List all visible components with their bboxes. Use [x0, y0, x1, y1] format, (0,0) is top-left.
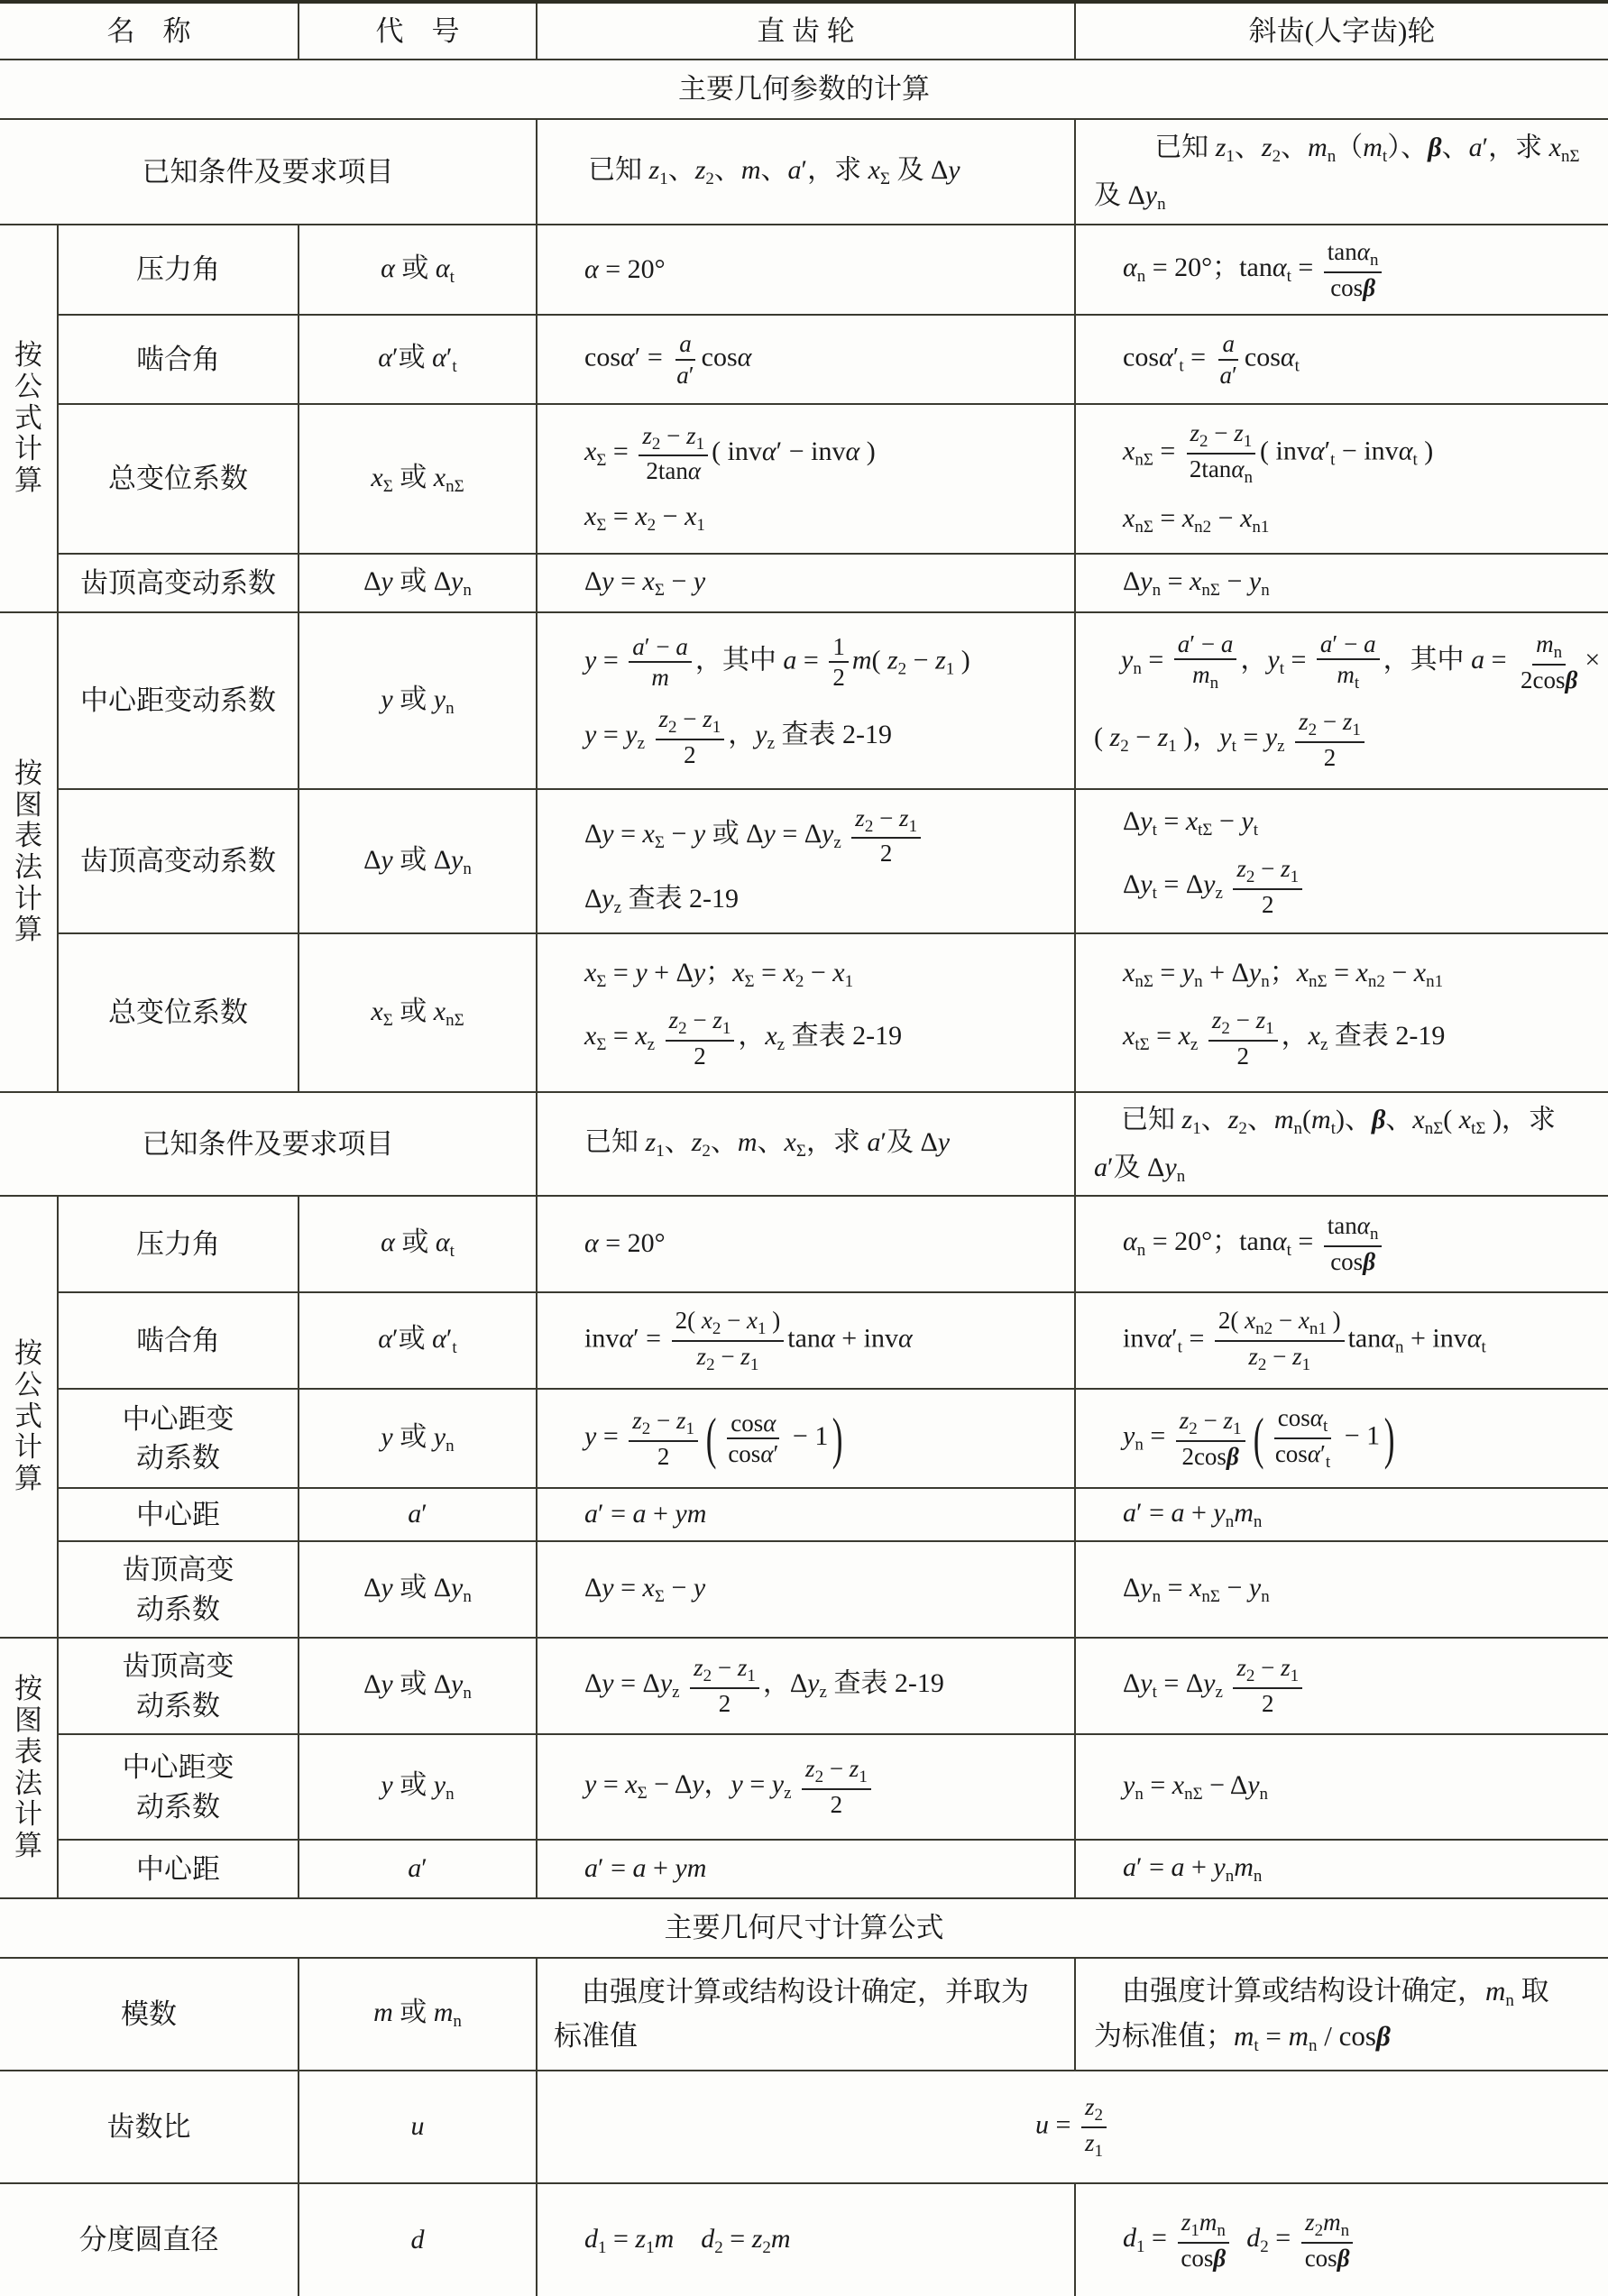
symbol: u [411, 2108, 425, 2145]
group-char: 按 [14, 758, 42, 790]
group-label-formula-1: 按 公 式 计 算 [0, 225, 59, 613]
text: 查表 2-19 [782, 720, 893, 749]
formula: Δy = xΣ − y [584, 564, 705, 602]
known-helical-formula: 已知 z1、z2、mn（mt）、β、a′，求 xnΣ及 Δyn [1094, 124, 1580, 219]
row-name-text: 啮合角 [136, 1322, 220, 1360]
symbol: y 或 yn [381, 1419, 454, 1458]
spur-formula: Δy = xΣ − y [538, 555, 1076, 613]
spur-formula: y = a′ − am，其中 a = 12m( z2 − z1 ) y = yz… [538, 613, 1076, 790]
row-name-text: 压力角 [136, 1226, 220, 1263]
header-symbol: 代 号 [299, 4, 538, 60]
module-spur-text: 由强度计算或结构设计确定，并取为标准值 [554, 1970, 1029, 2057]
row-name: 中心距变动系数 [59, 613, 299, 790]
header-spur-text: 直 齿 轮 [757, 13, 855, 51]
row-name: 模数 [0, 1959, 299, 2071]
row-name: 中心距变 动系数 [59, 1735, 299, 1841]
row-name: 压力角 [59, 1197, 299, 1293]
formula: Δyn = xnΣ − yn [1123, 1570, 1270, 1609]
row-symbol: m 或 mn [299, 1959, 538, 2071]
symbol: a′ [408, 1496, 427, 1533]
formula: xtΣ = xz z2 − z12，xz 查表 2-19 [1123, 1006, 1445, 1070]
group-label-graph-1: 按 图 表 法 计 算 [0, 613, 59, 1093]
known-helical-2: 已知 z1、z2、mn(mt)、β、xnΣ( xtΣ )，求a′及 Δyn [1076, 1093, 1608, 1197]
formula: xnΣ = xn2 − xn1 [1123, 501, 1269, 539]
group-char: 法 [14, 852, 42, 884]
row-name-text: 齿顶高变 [123, 1647, 234, 1685]
group-char: 表 [14, 821, 42, 852]
row-name-text: 中心距 [136, 1851, 220, 1888]
group-char: 法 [14, 1768, 42, 1800]
known-spur-1: 已知 z1、z2、m、a′，求 xΣ 及 Δy [538, 120, 1076, 225]
spur-formula: Δy = xΣ − y [538, 1542, 1076, 1639]
helical-formula: d1 = z1mncosβ d2 = z2mncosβ [1076, 2184, 1608, 2296]
known-helical-1: 已知 z1、z2、mn（mt）、β、a′，求 xnΣ及 Δyn [1076, 120, 1608, 225]
known-label-1: 已知条件及要求项目 [0, 120, 538, 225]
symbol: α 或 αt [381, 1225, 455, 1263]
helical-formula: a′ = a + ynmn [1076, 1841, 1608, 1899]
row-name-text: 中心距 [136, 1496, 220, 1534]
section-title-text: 主要几何尺寸计算公式 [665, 1909, 944, 1947]
symbol: xΣ 或 xnΣ [371, 994, 464, 1033]
header-name: 名 称 [0, 4, 299, 60]
row-name-text: 啮合角 [136, 341, 220, 379]
spur-text: 由强度计算或结构设计确定，并取为标准值 [538, 1959, 1076, 2071]
formula: xΣ = y + Δy；xΣ = x2 − x1 [584, 955, 853, 994]
spur-formula: xΣ = y + Δy；xΣ = x2 − x1 xΣ = xz z2 − z1… [538, 934, 1076, 1093]
spur-formula: xΣ = z2 − z12tanα( invα′ − invα ) xΣ = x… [538, 405, 1076, 555]
formula: yn = z2 − z12cosβ(cosαtcosα′t − 1) [1123, 1403, 1399, 1474]
section-title-geometry-params: 主要几何参数的计算 [0, 60, 1608, 120]
symbol: xΣ 或 xnΣ [371, 460, 464, 499]
row-name-text: 齿顶高变动系数 [80, 565, 276, 602]
helical-formula: yn = xnΣ − Δyn [1076, 1735, 1608, 1841]
row-name-text: 总变位系数 [108, 994, 248, 1032]
group-label-graph-2: 按 图 表 法 计 算 [0, 1639, 59, 1899]
formula: xΣ = z2 − z12tanα( invα′ − invα ) [584, 421, 876, 486]
row-symbol: Δy 或 Δyn [299, 790, 538, 934]
header-symbol-text: 代 号 [376, 13, 460, 51]
group-label-formula-2: 按 公 式 计 算 [0, 1197, 59, 1639]
row-name: 压力角 [59, 225, 299, 316]
known-spur-formula: 已知 z1、z2、m、xΣ，求 a′及 Δy [584, 1125, 950, 1163]
known-label-text: 已知条件及要求项目 [142, 153, 394, 191]
helical-formula: Δyt = Δyz z2 − z12 [1076, 1639, 1608, 1735]
row-name-text: 齿数比 [107, 2108, 191, 2146]
row-symbol: y 或 yn [299, 613, 538, 790]
symbol: Δy 或 Δyn [363, 1667, 472, 1705]
row-name: 中心距 [59, 1841, 299, 1899]
text: 查表 2-19 [833, 1668, 944, 1698]
formula: a′ = a + ym [584, 1496, 706, 1533]
helical-formula: a′ = a + ynmn [1076, 1489, 1608, 1542]
formula: a′ = a + ynmn [1123, 1495, 1262, 1534]
group-char: 式 [14, 403, 42, 435]
formula: y = z2 − z12(cosαcosα′ − 1) [584, 1406, 848, 1471]
row-name-text: 中心距变 [123, 1400, 234, 1438]
formula: Δyt = xtΣ − yt [1123, 804, 1258, 842]
row-name: 齿数比 [0, 2071, 299, 2184]
formula: xnΣ = yn + Δyn；xnΣ = xn2 − xn1 [1123, 955, 1443, 994]
formula: yn = xnΣ − Δyn [1123, 1768, 1268, 1806]
formula: y = a′ − am，其中 a = 12m( z2 − z1 ) [584, 632, 970, 693]
spur-formula: α = 20° [538, 225, 1076, 316]
helical-formula: xnΣ = yn + Δyn；xnΣ = xn2 − xn1 xtΣ = xz … [1076, 934, 1608, 1093]
section-title-dimension-formulas: 主要几何尺寸计算公式 [0, 1899, 1608, 1959]
symbol: y 或 yn [381, 682, 454, 721]
both-formula: u = z2z1 [538, 2071, 1608, 2184]
row-name-text: 动系数 [136, 1686, 220, 1725]
row-name-text: 动系数 [136, 1438, 220, 1477]
text: 查表 2-19 [629, 884, 740, 914]
row-symbol: y 或 yn [299, 1390, 538, 1489]
text: 其中 [1410, 645, 1465, 675]
row-name-text: 分度圆直径 [79, 2221, 219, 2259]
group-char: 图 [14, 790, 42, 822]
formula: xΣ = x2 − x1 [584, 499, 705, 537]
formula: cosα′t = aa′cosαt [1123, 329, 1300, 390]
row-name: 总变位系数 [59, 934, 299, 1093]
helical-formula: Δyn = xnΣ − yn [1076, 555, 1608, 613]
text: 由强度计算或结构设计确定，并取为 [582, 1976, 1029, 2007]
formula: a′ = a + ynmn [1123, 1850, 1262, 1888]
formula: y = xΣ − Δy，y = yz z2 − z12 [584, 1754, 875, 1819]
formula: a′ = a + ym [584, 1851, 706, 1887]
symbol: Δy 或 Δyn [363, 1570, 472, 1609]
formula: d1 = z1mncosβ d2 = z2mncosβ [1123, 2208, 1357, 2273]
row-symbol: xΣ 或 xnΣ [299, 934, 538, 1093]
text: 查表 2-19 [792, 1021, 903, 1051]
group-char: 图 [14, 1705, 42, 1737]
formula: xnΣ = z2 − z12tanαn( invα′t − invαt ) [1123, 418, 1433, 489]
row-symbol: u [299, 2071, 538, 2184]
row-name: 中心距变 动系数 [59, 1390, 299, 1489]
row-name-text: 中心距变 [123, 1748, 234, 1786]
known-spur-2: 已知 z1、z2、m、xΣ，求 a′及 Δy [538, 1093, 1076, 1197]
formula: Δyt = Δyz z2 − z12 [1123, 854, 1306, 919]
header-helical: 斜齿(人字齿)轮 [1076, 4, 1608, 60]
row-name: 总变位系数 [59, 405, 299, 555]
row-name: 齿顶高变动系数 [59, 555, 299, 613]
formula: d1 = z1m d2 = z2m [584, 2221, 791, 2260]
helical-formula: αn = 20°；tanαt = tanαncosβ [1076, 1197, 1608, 1293]
formula: Δyt = Δyz z2 − z12 [1123, 1653, 1306, 1718]
row-name: 齿顶高变 动系数 [59, 1542, 299, 1639]
formula: αn = 20°；tanαt = tanαncosβ [1123, 1211, 1385, 1276]
group-char: 计 [14, 1432, 42, 1464]
gear-formula-table: 名 称 代 号 直 齿 轮 斜齿(人字齿)轮 主要几何参数的计算 已知条件及要求… [0, 0, 1608, 2296]
row-symbol: α′或 α′t [299, 1293, 538, 1390]
text: 其中 [722, 645, 776, 675]
spur-formula: d1 = z1m d2 = z2m [538, 2184, 1076, 2296]
spur-formula: Δy = xΣ − y 或 Δy = Δyz z2 − z12 Δyz 查表 2… [538, 790, 1076, 934]
group-char: 按 [14, 340, 42, 372]
module-helical-text: 由强度计算或结构设计确定，mn 取为标准值；mt = mn / cosβ [1094, 1970, 1549, 2059]
spur-formula: y = xΣ − Δy，y = yz z2 − z12 [538, 1735, 1076, 1841]
formula: Δy = xΣ − y 或 Δy = Δyz z2 − z12 [584, 804, 924, 868]
row-name-text: 动系数 [136, 1590, 220, 1629]
row-name: 齿顶高变动系数 [59, 790, 299, 934]
text: 查表 2-19 [1335, 1021, 1446, 1051]
symbol: d [411, 2222, 425, 2259]
formula: xΣ = xz z2 − z12，xz 查表 2-19 [584, 1006, 902, 1070]
row-symbol: Δy 或 Δyn [299, 555, 538, 613]
helical-formula: yn = z2 − z12cosβ(cosαtcosα′t − 1) [1076, 1390, 1608, 1489]
row-symbol: d [299, 2184, 538, 2296]
row-symbol: a′ [299, 1841, 538, 1899]
group-char: 公 [14, 1370, 42, 1401]
row-name-text: 中心距变动系数 [80, 682, 276, 720]
row-symbol: Δy 或 Δyn [299, 1542, 538, 1639]
group-char: 按 [14, 1674, 42, 1705]
helical-formula: αn = 20°；tanαt = tanαncosβ [1076, 225, 1608, 316]
header-helical-text: 斜齿(人字齿)轮 [1249, 13, 1436, 51]
row-symbol: xΣ 或 xnΣ [299, 405, 538, 555]
row-symbol: a′ [299, 1489, 538, 1542]
group-char: 表 [14, 1737, 42, 1768]
group-char: 计 [14, 884, 42, 915]
helical-formula: xnΣ = z2 − z12tanαn( invα′t − invαt ) xn… [1076, 405, 1608, 555]
symbol-alpha: α 或 αt [381, 251, 455, 289]
row-name: 齿顶高变 动系数 [59, 1639, 299, 1735]
formula: y = yz z2 − z12，yz 查表 2-19 [584, 704, 892, 769]
symbol: Δy 或 Δyn [363, 564, 472, 602]
text: 标准值 [554, 2020, 638, 2052]
row-name-text: 压力角 [136, 251, 220, 289]
text: 取 [1521, 1975, 1549, 2007]
spur-formula: y = z2 − z12(cosαcosα′ − 1) [538, 1390, 1076, 1489]
known-spur-formula: 已知 z1、z2、m、a′，求 xΣ 及 Δy [588, 152, 960, 191]
formula: Δy = Δyz z2 − z12，Δyz 查表 2-19 [584, 1653, 944, 1718]
group-char: 式 [14, 1401, 42, 1433]
row-name-text: 齿顶高变 [123, 1550, 234, 1589]
header-spur: 直 齿 轮 [538, 4, 1076, 60]
spur-formula: Δy = Δyz z2 − z12，Δyz 查表 2-19 [538, 1639, 1076, 1735]
formula: αn = 20°；tanαt = tanαncosβ [1123, 237, 1385, 302]
formula: cosα′ = aa′cosα [584, 329, 751, 390]
row-name: 啮合角 [59, 316, 299, 405]
symbol: a′ [408, 1851, 427, 1887]
known-label-2: 已知条件及要求项目 [0, 1093, 538, 1197]
helical-formula: Δyn = xnΣ − yn [1076, 1542, 1608, 1639]
symbol: α′或 α′t [378, 340, 456, 379]
helical-formula: invα′t = 2( xn2 − xn1 )z2 − z1tanαn + in… [1076, 1293, 1608, 1390]
row-symbol: α 或 αt [299, 1197, 538, 1293]
group-char: 算 [14, 1831, 42, 1862]
row-name-text: 总变位系数 [108, 460, 248, 498]
formula: Δyz 查表 2-19 [584, 881, 739, 920]
helical-formula: Δyt = xtΣ − yt Δyt = Δyz z2 − z12 [1076, 790, 1608, 934]
group-char: 算 [14, 465, 42, 497]
group-char: 算 [14, 1464, 42, 1495]
header-name-text: 名 称 [107, 13, 191, 51]
formula: Δyn = xnΣ − yn [1123, 564, 1270, 602]
symbol: m 或 mn [373, 1995, 462, 2034]
spur-formula: invα′ = 2( x2 − x1 )z2 − z1tanα + invα [538, 1293, 1076, 1390]
row-symbol: α 或 αt [299, 225, 538, 316]
formula: invα′t = 2( xn2 − xn1 )z2 − z1tanαn + in… [1123, 1306, 1486, 1376]
row-name: 分度圆直径 [0, 2184, 299, 2296]
spur-formula: cosα′ = aa′cosα [538, 316, 1076, 405]
known-helical-formula: 已知 z1、z2、mn(mt)、β、xnΣ( xtΣ )，求a′及 Δyn [1094, 1097, 1556, 1191]
symbol: α′或 α′t [378, 1321, 456, 1360]
formula: yn = a′ − amn，yt = a′ − amt，其中 a = mn2co… [1094, 629, 1600, 694]
spur-formula: a′ = a + ym [538, 1841, 1076, 1899]
row-name-text: 齿顶高变动系数 [80, 842, 276, 880]
group-char: 按 [14, 1338, 42, 1370]
formula: u = z2z1 [1035, 2092, 1110, 2163]
symbol: y 或 yn [381, 1768, 454, 1806]
helical-formula: yn = a′ − amn，yt = a′ − amt，其中 a = mn2co… [1076, 613, 1608, 790]
formula: Δy = xΣ − y [584, 1570, 705, 1609]
formula: α = 20° [584, 1226, 666, 1263]
known-label-text: 已知条件及要求项目 [142, 1125, 394, 1163]
spur-formula: a′ = a + ym [538, 1489, 1076, 1542]
row-name: 中心距 [59, 1489, 299, 1542]
formula: ( z2 − z1 )，yt = yz z2 − z12 [1094, 707, 1368, 772]
group-char: 计 [14, 434, 42, 465]
row-symbol: α′或 α′t [299, 316, 538, 405]
symbol: Δy 或 Δyn [363, 842, 472, 881]
text: 为标准值； [1094, 2020, 1234, 2052]
helical-formula: cosα′t = aa′cosαt [1076, 316, 1608, 405]
row-name-text: 动系数 [136, 1787, 220, 1826]
group-char: 公 [14, 372, 42, 403]
text: 由强度计算或结构设计确定， [1122, 1975, 1485, 2007]
group-char: 算 [14, 914, 42, 946]
row-name: 啮合角 [59, 1293, 299, 1390]
spur-formula: α = 20° [538, 1197, 1076, 1293]
row-symbol: y 或 yn [299, 1735, 538, 1841]
section-title-text: 主要几何参数的计算 [678, 70, 930, 108]
row-symbol: Δy 或 Δyn [299, 1639, 538, 1735]
helical-text: 由强度计算或结构设计确定，mn 取为标准值；mt = mn / cosβ [1076, 1959, 1608, 2071]
formula: α = 20° [584, 252, 666, 289]
row-name-text: 模数 [121, 1996, 177, 2034]
formula: invα′ = 2( x2 − x1 )z2 − z1tanα + invα [584, 1306, 913, 1376]
group-char: 计 [14, 1799, 42, 1831]
